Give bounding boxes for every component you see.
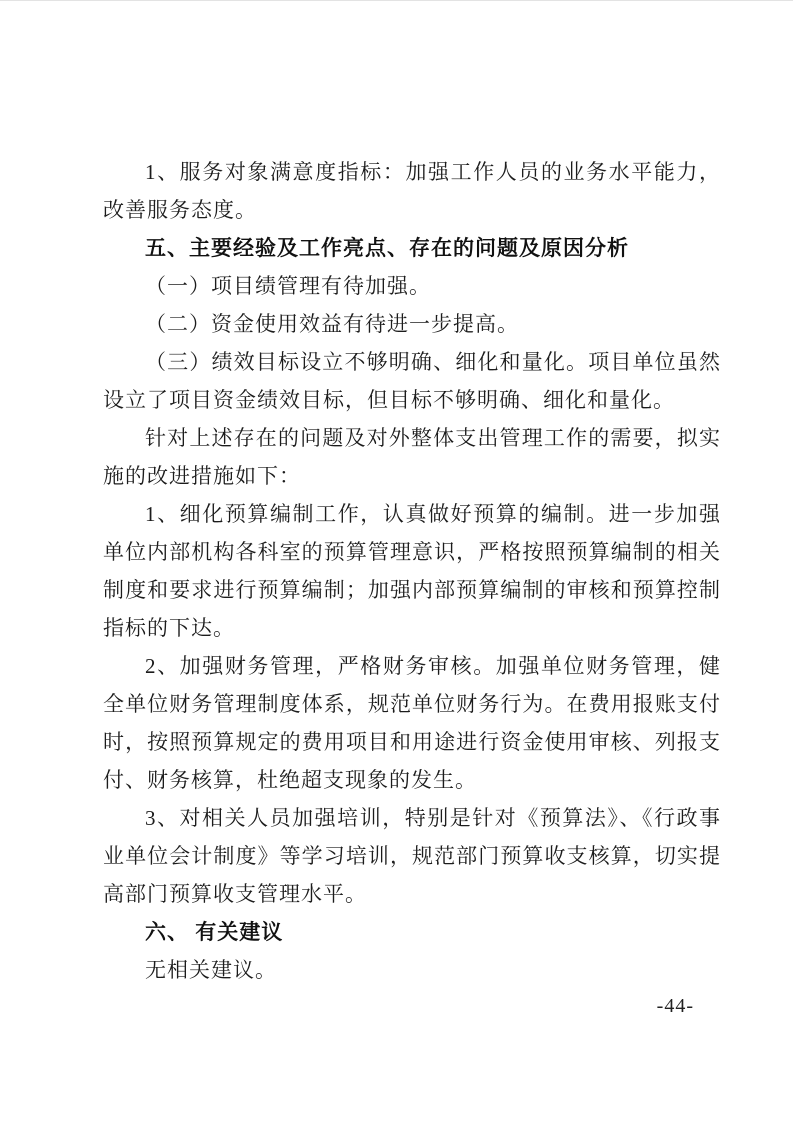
paragraph-issue-2: （二）资金使用效益有待进一步提高。 [103, 305, 721, 343]
section-heading-5: 五、主要经验及工作亮点、存在的问题及原因分析 [103, 229, 721, 267]
paragraph-issue-1: （一）项目绩管理有待加强。 [103, 267, 721, 305]
section-heading-6: 六、 有关建议 [103, 913, 721, 951]
document-body: 1、服务对象满意度指标：加强工作人员的业务水平能力，改善服务态度。 五、主要经验… [103, 153, 721, 989]
paragraph-improvement-intro: 针对上述存在的问题及对外整体支出管理工作的需要，拟实施的改进措施如下： [103, 419, 721, 495]
document-page: { "page": { "background_color": "#ffffff… [0, 0, 793, 1122]
paragraph-issue-3: （三）绩效目标设立不够明确、细化和量化。项目单位虽然设立了项目资金绩效目标，但目… [103, 343, 721, 419]
page-number: -44- [657, 996, 694, 1016]
paragraph-measure-3: 3、对相关人员加强培训，特别是针对《预算法》、《行政事业单位会计制度》等学习培训… [103, 799, 721, 913]
paragraph-no-suggestions: 无相关建议。 [103, 951, 721, 989]
paragraph-measure-1: 1、细化预算编制工作，认真做好预算的编制。进一步加强单位内部机构各科室的预算管理… [103, 495, 721, 647]
paragraph-service-satisfaction: 1、服务对象满意度指标：加强工作人员的业务水平能力，改善服务态度。 [103, 153, 721, 229]
scan-edge-artifact [0, 0, 793, 1]
paragraph-measure-2: 2、加强财务管理，严格财务审核。加强单位财务管理，健全单位财务管理制度体系，规范… [103, 647, 721, 799]
